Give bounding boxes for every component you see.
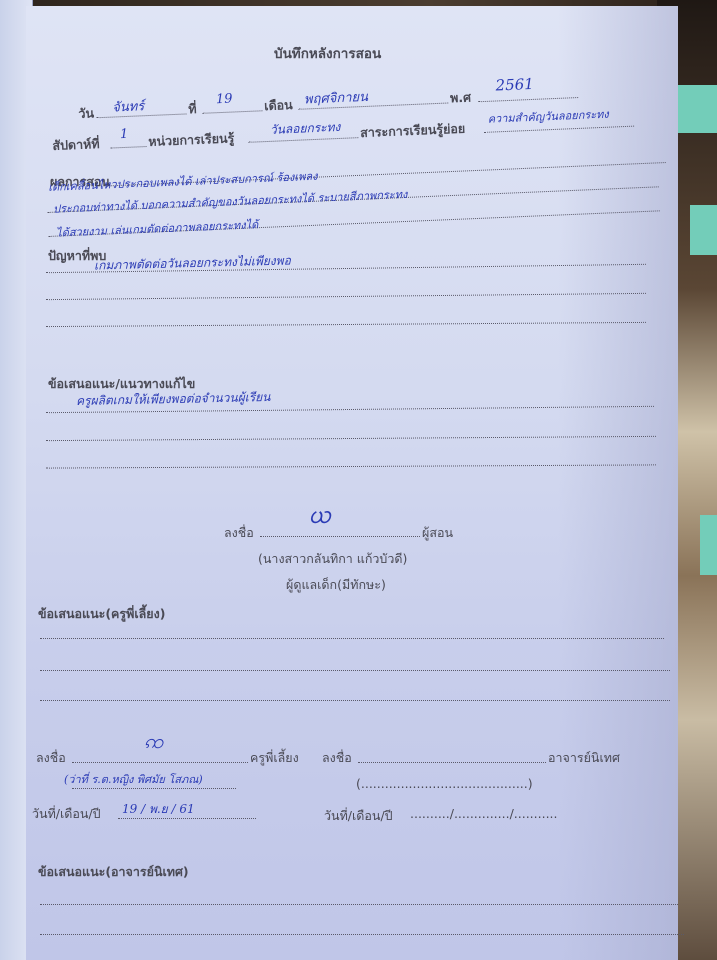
unit-label: หน่วยการเรียนรู้ [148, 128, 235, 152]
year-label: พ.ศ [450, 88, 472, 109]
month-label: เดือน [264, 95, 293, 116]
day-label: วัน [78, 103, 94, 124]
results-section: เด็กเคลื่อนไหวประกอบเพลงได้ เล่าประสบการ… [46, 156, 668, 242]
mentor-comments-label: ข้อเสนอแนะ(ครูพี่เลี้ยง) [38, 604, 165, 624]
teacher-signature-mark: ᨿ [308, 500, 331, 535]
month-value: พฤศจิกายน [304, 86, 369, 110]
subunit-value: ความสำคัญวันลอยกระทง [487, 105, 609, 128]
mentor-date-label: วันที่/เดือน/ปี [32, 804, 101, 824]
subunit-label: สาระการเรียนรู้ย่อย [360, 119, 466, 143]
document-title: บันทึกหลังการสอน [274, 42, 381, 64]
date-value: 19 [216, 92, 233, 108]
supervisor-name: (.......................................… [356, 776, 533, 791]
mentor-comments-line[interactable] [40, 700, 670, 701]
week-label: สัปดาห์ที่ [52, 134, 100, 156]
shadow [558, 6, 678, 960]
supervisor-date-value[interactable]: ........../............../........... [410, 806, 558, 821]
suggestions-line[interactable] [46, 464, 656, 468]
results-text: ได้สวยงาม เล่นเกมตัดต่อภาพลอยกระทงได้ [56, 215, 259, 241]
teacher-name: (นางสาวกลันทิกา แก้วบัวดี) [258, 549, 407, 569]
mentor-role: ครูพี่เลี้ยง [250, 748, 299, 768]
week-value: 1 [120, 127, 129, 142]
problems-line[interactable] [46, 293, 646, 300]
supervisor-sign-field[interactable] [358, 762, 546, 763]
teacher-position: ผู้ดูแลเด็ก(มีทักษะ) [286, 575, 386, 595]
supervisor-comments-label: ข้อเสนอแนะ(อาจารย์นิเทศ) [38, 862, 189, 882]
year-value: 2561 [495, 75, 534, 95]
mentor-name: (ว่าที่ ร.ต.หญิง พิศมัย โสภณ) [64, 770, 203, 788]
day-value: จันทร์ [112, 95, 145, 117]
mentor-name-field[interactable] [72, 788, 236, 789]
unit-value: วันลอยกระทง [270, 118, 341, 140]
supervisor-role: อาจารย์นิเทศ [548, 748, 620, 768]
sticky-tab [700, 515, 717, 575]
suggestions-text: ครูผลิตเกมให้เพียงพอต่อจำนวนผู้เรียน [76, 388, 271, 411]
week-field[interactable] [111, 146, 147, 149]
problems-line[interactable] [46, 322, 646, 327]
problems-text: เกมภาพตัดต่อวันลอยกระทงไม่เพียงพอ [94, 251, 291, 275]
mentor-comments-line[interactable] [40, 638, 664, 639]
teacher-role: ผู้สอน [422, 523, 453, 543]
mentor-sign-field[interactable] [72, 762, 248, 763]
sticky-tab [690, 205, 717, 255]
supervisor-comments-line[interactable] [40, 934, 684, 935]
teacher-sign-field[interactable] [260, 536, 420, 537]
supervisor-comments-line[interactable] [40, 904, 678, 905]
supervisor-date-label: วันที่/เดือน/ปี [324, 806, 393, 826]
mentor-signature-mark: ꩡ [144, 728, 163, 758]
mentor-date-value: 19 / พ.ย / 61 [122, 800, 195, 819]
document-page: บันทึกหลังการสอน วัน จันทร์ ที่ 19 เดือน… [26, 6, 678, 960]
mentor-sign-label: ลงชื่อ [36, 748, 66, 768]
year-field[interactable] [478, 97, 578, 102]
supervisor-sign-label: ลงชื่อ [322, 748, 352, 768]
mentor-comments-line[interactable] [40, 670, 670, 671]
teacher-sign-label: ลงชื่อ [224, 523, 254, 543]
suggestions-line[interactable] [46, 436, 656, 441]
date-label: ที่ [188, 99, 197, 119]
date-field[interactable] [202, 110, 262, 114]
